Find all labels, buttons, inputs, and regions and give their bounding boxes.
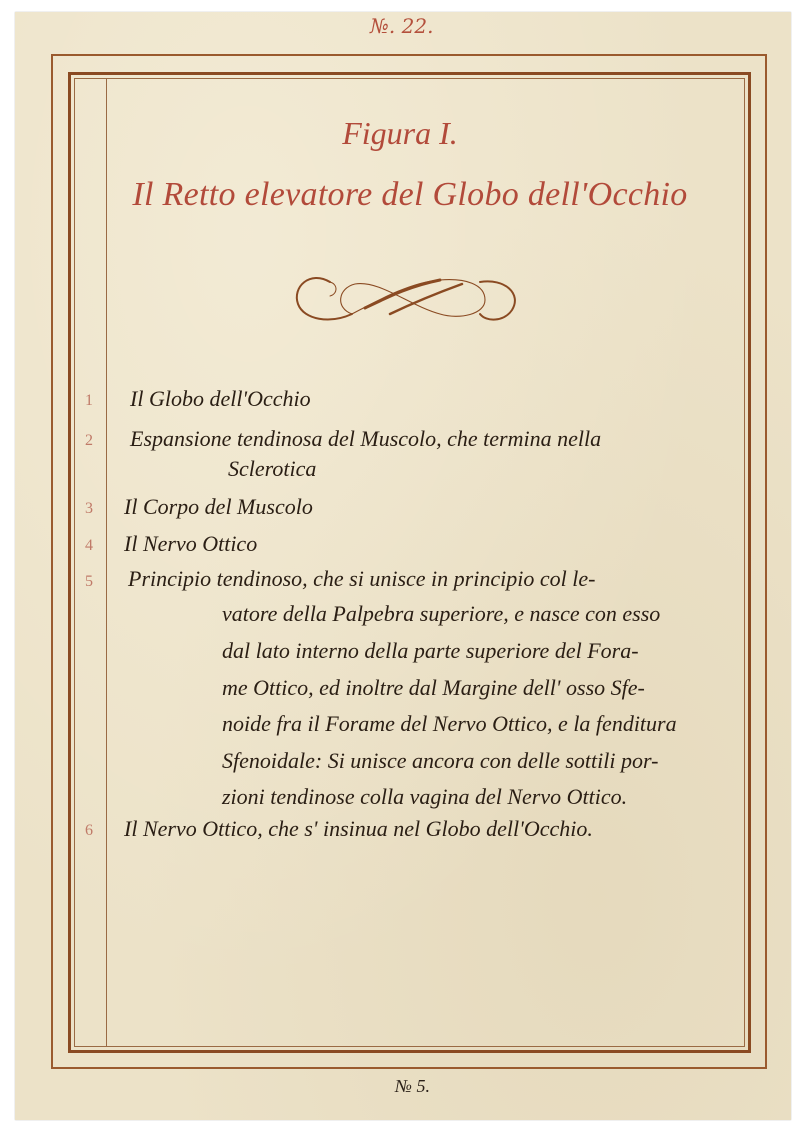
entry-number: 4	[78, 537, 100, 555]
entry-text-line: noide fra il Forame del Nervo Ottico, e …	[222, 711, 677, 737]
figure-subtitle: Il Retto elevatore del Globo dell'Occhio	[0, 176, 800, 214]
plate-number: №. 22.	[370, 14, 433, 38]
entry-text-line: Il Nervo Ottico	[124, 531, 257, 557]
entry-number: 1	[78, 392, 100, 410]
margin-rule	[106, 79, 107, 1046]
entry-number: 2	[78, 432, 100, 450]
entry-number: 3	[78, 500, 100, 518]
entry-text-line: zioni tendinose colla vagina del Nervo O…	[222, 784, 627, 810]
entry-text-line: vatore della Palpebra superiore, e nasce…	[222, 601, 660, 627]
entry-number: 6	[78, 822, 100, 840]
entry-text-line: me Ottico, ed inoltre dal Margine dell' …	[222, 675, 645, 701]
entry-text-line: Il Corpo del Muscolo	[124, 494, 313, 520]
figure-title: Figura I.	[0, 115, 800, 152]
inner-border-rule	[74, 78, 745, 1047]
signature-mark: № 5.	[395, 1076, 430, 1097]
entry-text-line: Sfenoidale: Si unisce ancora con delle s…	[222, 748, 658, 774]
flourish-ornament-icon	[290, 262, 520, 332]
entry-text-line: Espansione tendinosa del Muscolo, che te…	[130, 426, 601, 452]
entry-number: 5	[78, 573, 100, 591]
entry-text-line: Sclerotica	[228, 456, 316, 482]
entry-text-line: Il Nervo Ottico, che s' insinua nel Glob…	[124, 816, 593, 842]
entry-text-line: Il Globo dell'Occhio	[130, 386, 311, 412]
entry-text-line: Principio tendinoso, che si unisce in pr…	[128, 566, 595, 592]
entry-text-line: dal lato interno della parte superiore d…	[222, 638, 639, 664]
